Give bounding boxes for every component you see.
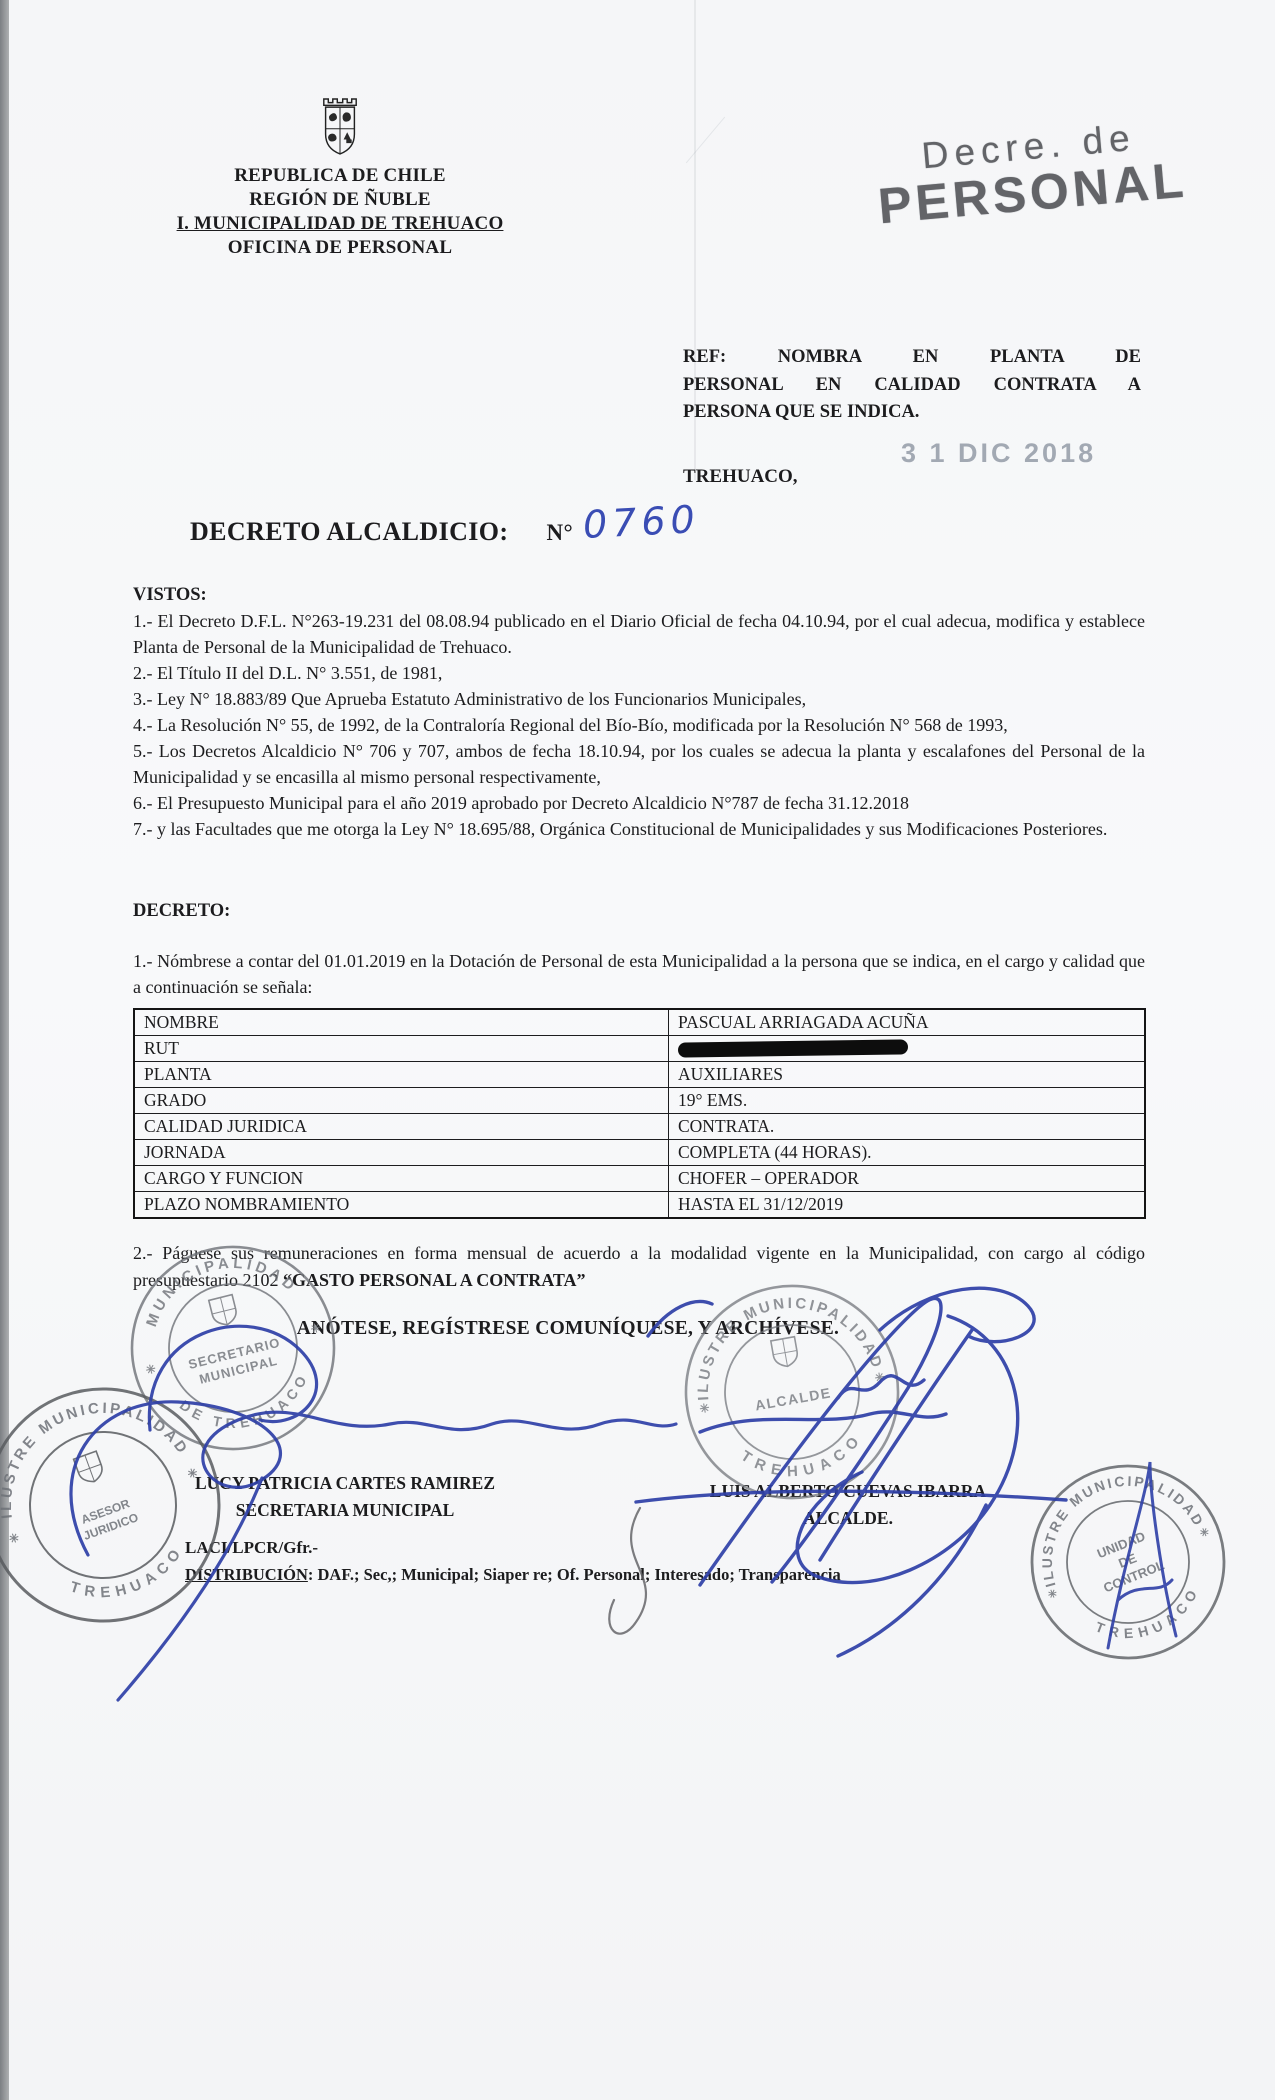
stamp-star: ✳ bbox=[7, 1530, 21, 1547]
table-row: PLANTAAUXILIARES bbox=[134, 1062, 1145, 1088]
municipal-coat-of-arms-icon bbox=[313, 92, 367, 160]
letterhead: REPUBLICA DE CHILE REGIÓN DE ÑUBLE I. MU… bbox=[140, 92, 540, 260]
row-label: JORNADA bbox=[134, 1140, 669, 1166]
redacted-rut-value bbox=[678, 1039, 908, 1057]
row-label: PLAZO NOMBRAMIENTO bbox=[134, 1192, 669, 1219]
stamp-star: ✳ bbox=[1046, 1587, 1059, 1602]
table-row: NOMBREPASCUAL ARRIAGADA ACUÑA bbox=[134, 1009, 1145, 1036]
ref-block: REF: NOMBRA EN PLANTA DE PERSONAL EN CAL… bbox=[683, 344, 1141, 427]
vistos-item: 5.- Los Decretos Alcaldicio N° 706 y 707… bbox=[133, 738, 1145, 790]
row-value: CHOFER – OPERADOR bbox=[669, 1166, 1146, 1192]
svg-text:ILUSTRE MUNICIPALIDAD: ILUSTRE MUNICIPALIDAD bbox=[680, 1279, 887, 1403]
row-value: HASTA EL 31/12/2019 bbox=[669, 1192, 1146, 1219]
svg-text:ALCALDE: ALCALDE bbox=[754, 1384, 833, 1413]
row-value: CONTRATA. bbox=[669, 1114, 1146, 1140]
row-label: PLANTA bbox=[134, 1062, 669, 1088]
table-row: RUT bbox=[134, 1036, 1145, 1062]
letterhead-office: OFICINA DE PERSONAL bbox=[140, 236, 540, 260]
svg-text:TREHUACO: TREHUACO bbox=[1089, 1578, 1212, 1657]
decreto-section: DECRETO: 1.- Nómbrese a contar del 01.01… bbox=[133, 898, 1145, 1000]
control-round-stamp: ILUSTRE MUNICIPALIDAD TREHUACO ✳ ✳ UNIDA… bbox=[1003, 1437, 1253, 1687]
decreto-item1: 1.- Nómbrese a contar del 01.01.2019 en … bbox=[133, 948, 1145, 1000]
signature-block-mayor: LUIS ALBERTO CUEVAS IBARRA ALCALDE. bbox=[638, 1478, 1058, 1532]
row-value: 19° EMS. bbox=[669, 1088, 1146, 1114]
letterhead-region: REGIÓN DE ÑUBLE bbox=[140, 188, 540, 212]
scanned-decree-page: REPUBLICA DE CHILE REGIÓN DE ÑUBLE I. MU… bbox=[0, 0, 1275, 2100]
table-row: JORNADACOMPLETA (44 HORAS). bbox=[134, 1140, 1145, 1166]
decree-number-handwritten: 0760 bbox=[582, 497, 701, 547]
svg-text:DE TREHUACO: DE TREHUACO bbox=[174, 1366, 320, 1445]
payment-paragraph: 2.- Páguese sus remuneraciones en forma … bbox=[133, 1240, 1145, 1294]
vistos-item: 3.- Ley N° 18.883/89 Que Aprueba Estatut… bbox=[133, 686, 1145, 712]
row-value bbox=[669, 1036, 1146, 1062]
personal-decree-stamp: Decre. de PERSONAL bbox=[852, 111, 1209, 237]
letterhead-municipality: I. MUNICIPALIDAD DE TREHUACO bbox=[140, 212, 540, 236]
appointment-table: NOMBREPASCUAL ARRIAGADA ACUÑA RUT PLANTA… bbox=[133, 1008, 1146, 1219]
row-value: PASCUAL ARRIAGADA ACUÑA bbox=[669, 1009, 1146, 1036]
vistos-item: 7.- y las Facultades que me otorga la Le… bbox=[133, 816, 1145, 842]
svg-text:ASESOR: ASESOR bbox=[79, 1496, 132, 1527]
vistos-item: 1.- El Decreto D.F.L. N°263-19.231 del 0… bbox=[133, 608, 1145, 660]
distribution-line: DISTRIBUCIÓN: DAF.; Sec,; Municipal; Sia… bbox=[185, 1565, 1105, 1585]
decreto-title: DECRETO: bbox=[133, 898, 1145, 924]
date-received-stamp: 3 1 DIC 2018 bbox=[901, 438, 1096, 469]
paper-fold-line-small bbox=[686, 117, 725, 164]
footer-initials: LACI/LPCR/Gfr.- bbox=[185, 1538, 318, 1558]
closing-formula: ANÓTESE, REGÍSTRESE COMUNÍQUESE, Y ARCHÍ… bbox=[133, 1318, 1003, 1340]
row-label: CALIDAD JURIDICA bbox=[134, 1114, 669, 1140]
vistos-item: 4.- La Resolución N° 55, de 1992, de la … bbox=[133, 712, 1145, 738]
svg-text:JURIDICO: JURIDICO bbox=[82, 1510, 141, 1543]
stamp-star: ✳ bbox=[1198, 1526, 1211, 1541]
svg-text:CONTROL: CONTROL bbox=[1101, 1557, 1166, 1595]
row-value: COMPLETA (44 HORAS). bbox=[669, 1140, 1146, 1166]
place-line: TREHUACO, bbox=[683, 466, 798, 488]
decree-number-prefix: N° bbox=[546, 520, 573, 545]
vistos-title: VISTOS: bbox=[133, 582, 1145, 608]
table-row: PLAZO NOMBRAMIENTOHASTA EL 31/12/2019 bbox=[134, 1192, 1145, 1219]
svg-text:DE: DE bbox=[1116, 1550, 1139, 1571]
stamp-star: ✳ bbox=[874, 1370, 886, 1386]
decree-title: DECRETO ALCALDICIO: bbox=[190, 517, 508, 546]
row-label: GRADO bbox=[134, 1088, 669, 1114]
table-row: CARGO Y FUNCIONCHOFER – OPERADOR bbox=[134, 1166, 1145, 1192]
mayor-signature-ink bbox=[636, 1288, 1066, 1656]
stamp-star: ✳ bbox=[144, 1362, 157, 1378]
secretary-name: LUCY PATRICIA CARTES RAMIREZ bbox=[135, 1470, 555, 1497]
row-value: AUXILIARES bbox=[669, 1062, 1146, 1088]
mayor-title: ALCALDE. bbox=[638, 1505, 1058, 1532]
letterhead-country: REPUBLICA DE CHILE bbox=[140, 164, 540, 188]
decree-headline: DECRETO ALCALDICIO:N°0760 bbox=[190, 505, 690, 549]
distribution-label: DISTRIBUCIÓN bbox=[185, 1565, 308, 1584]
row-label: RUT bbox=[134, 1036, 669, 1062]
ref-line2: PERSONAL EN CALIDAD CONTRATA A bbox=[683, 372, 1141, 400]
ref-label: REF: bbox=[683, 347, 726, 367]
row-label: NOMBRE bbox=[134, 1009, 669, 1036]
vistos-item: 2.- El Título II del D.L. N° 3.551, de 1… bbox=[133, 660, 1145, 686]
svg-text:MUNICIPAL: MUNICIPAL bbox=[198, 1353, 280, 1387]
secretary-title: SECRETARIA MUNICIPAL bbox=[135, 1497, 555, 1524]
ref-line1: REF: NOMBRA EN PLANTA DE bbox=[683, 344, 1141, 372]
vistos-item: 6.- El Presupuesto Municipal para el año… bbox=[133, 790, 1145, 816]
budget-code-bold: “GASTO PERSONAL A CONTRATA” bbox=[283, 1270, 586, 1290]
table-row: CALIDAD JURIDICACONTRATA. bbox=[134, 1114, 1145, 1140]
vistos-section: VISTOS: 1.- El Decreto D.F.L. N°263-19.2… bbox=[133, 582, 1145, 842]
svg-text:UNIDAD: UNIDAD bbox=[1095, 1528, 1147, 1561]
stamp-star: ✳ bbox=[698, 1401, 710, 1417]
svg-text:SECRETARIO: SECRETARIO bbox=[187, 1335, 282, 1372]
svg-text:TREHUACO: TREHUACO bbox=[63, 1538, 195, 1617]
table-row: GRADO19° EMS. bbox=[134, 1088, 1145, 1114]
ref-line3: PERSONA QUE SE INDICA. bbox=[683, 399, 1141, 427]
scan-edge-strip bbox=[0, 0, 9, 2100]
row-label: CARGO Y FUNCION bbox=[134, 1166, 669, 1192]
signature-block-secretary: LUCY PATRICIA CARTES RAMIREZ SECRETARIA … bbox=[135, 1470, 555, 1524]
mayor-name: LUIS ALBERTO CUEVAS IBARRA bbox=[638, 1478, 1058, 1505]
control-stamp-ink bbox=[1108, 1462, 1176, 1648]
